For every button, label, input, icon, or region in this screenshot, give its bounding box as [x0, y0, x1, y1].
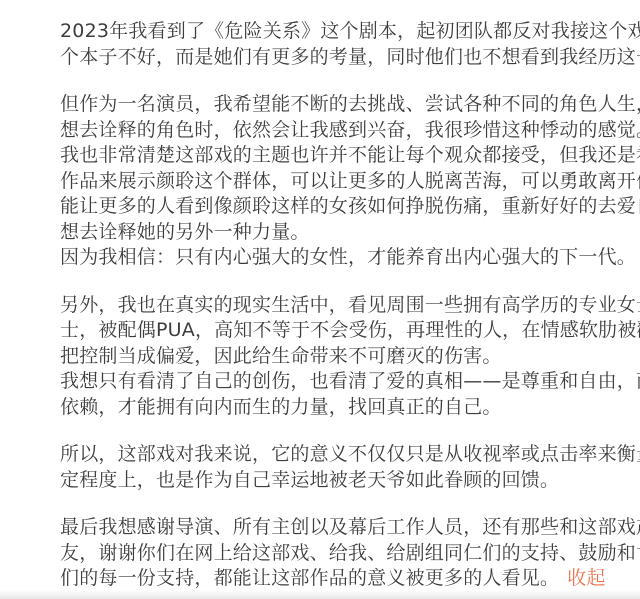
bottom-edge: [0, 590, 640, 599]
text-line: 但作为一名演员，我希望能不断的去挑战、尝试各种不同的角色人生，当我看到我: [60, 92, 622, 118]
collapse-link[interactable]: 收起: [567, 567, 605, 589]
text-line: 我也非常清楚这部戏的主题也许并不能让每个观众都接受，但我还是希望透过这部: [60, 143, 622, 169]
text-line: 能让更多的人看到像颜聆这样的女孩如何挣脱伤痛，重新好好的去爱自己，这是我: [60, 194, 622, 220]
text-line: 因为我相信：只有内心强大的女性，才能养育出内心强大的下一代。: [60, 245, 622, 271]
text-line: 定程度上，也是作为自己幸运地被老天爷如此眷顾的回馈。: [60, 468, 622, 494]
text-line: 另外，我也在真实的现实生活中，看见周围一些拥有高学历的专业女士，甚至男: [60, 293, 622, 319]
paragraph: 最后我想感谢导演、所有主创以及幕后工作人员，还有那些和这部戏产生共鸣的朋友，谢谢…: [60, 515, 622, 592]
text-line: 想去诠释她的另外一种力量。: [60, 220, 622, 246]
text-line: 作品来展示颜聆这个群体，可以让更多的人脱离苦海，可以勇敢离开伤害她的人，: [60, 169, 622, 195]
text-line: 把控制当成偏爱，因此给生命带来不可磨灭的伤害。: [60, 344, 622, 370]
paragraph: 另外，我也在真实的现实生活中，看见周围一些拥有高学历的专业女士，甚至男士，被配偶…: [60, 293, 622, 421]
paragraph: 2023年我看到了《危险关系》这个剧本，起初团队都反对我接这个戏，并不是这个本子…: [60, 19, 622, 70]
text-line: 们的每一份支持，都能让这部作品的意义被更多的人看见。收起: [60, 566, 622, 592]
post-text: 2023年我看到了《危险关系》这个剧本，起初团队都反对我接这个戏，并不是这个本子…: [0, 0, 640, 592]
text-line: 友，谢谢你们在网上给这部戏、给我、给剧组同仁们的支持、鼓励和肯定。希望你: [60, 541, 622, 567]
text-line: 依赖，才能拥有向内而生的力量，找回真正的自己。: [60, 395, 622, 421]
text-line: 个本子不好，而是她们有更多的考量，同时他们也不想看到我经历这一切……: [60, 45, 622, 71]
paragraph: 所以，这部戏对我来说，它的意义不仅仅只是从收视率或点击率来衡量，而是在一定程度上…: [60, 442, 622, 493]
text-line: 最后我想感谢导演、所有主创以及幕后工作人员，还有那些和这部戏产生共鸣的朋: [60, 515, 622, 541]
text-line: 所以，这部戏对我来说，它的意义不仅仅只是从收视率或点击率来衡量，而是在一: [60, 442, 622, 468]
post-body: 2023年我看到了《危险关系》这个剧本，起初团队都反对我接这个戏，并不是这个本子…: [0, 0, 640, 592]
text-line: 我想只有看清了自己的创伤，也看清了爱的真相——是尊重和自由，而不是控制和: [60, 369, 622, 395]
text-line: 想去诠释的角色时，依然会让我感到兴奋，我很珍惜这种悸动的感觉。: [60, 118, 622, 144]
text-line: 士，被配偶PUA，高知不等于不会受伤，再理性的人，在情感软肋被戳中时，也会: [60, 318, 622, 344]
paragraph: 但作为一名演员，我希望能不断的去挑战、尝试各种不同的角色人生，当我看到我想去诠释…: [60, 92, 622, 271]
text-line: 2023年我看到了《危险关系》这个剧本，起初团队都反对我接这个戏，并不是这: [60, 19, 622, 45]
